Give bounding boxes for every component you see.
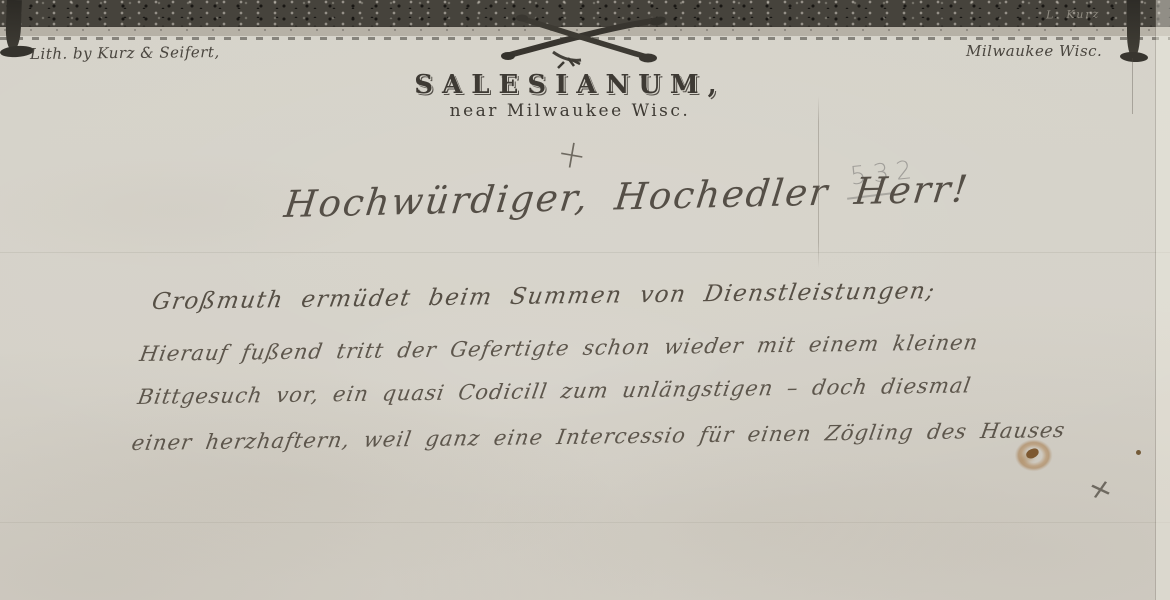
letterhead-subtitle: near Milwaukee Wisc. (0, 101, 1140, 121)
paper-edge-strip (1156, 0, 1170, 600)
letterhead-place: Milwaukee Wisc. (966, 42, 1102, 60)
small-stain-dot (1136, 450, 1141, 455)
vertical-fold-line (818, 96, 819, 268)
letterhead: SALESIANUM, near Milwaukee Wisc. (0, 71, 1140, 121)
paper-edge-line (1155, 0, 1156, 600)
lithographer-credit: Lith. by Kurz & Seifert, (30, 43, 220, 63)
litho-right-post (1127, 0, 1140, 56)
litho-plate-signature: L. Kurz (1046, 8, 1101, 22)
crossed-branches-ornament (498, 6, 668, 70)
horizontal-crease-upper (0, 252, 1170, 253)
letterhead-title: SALESIANUM, (0, 71, 1140, 100)
horizontal-crease-lower (0, 522, 1170, 523)
